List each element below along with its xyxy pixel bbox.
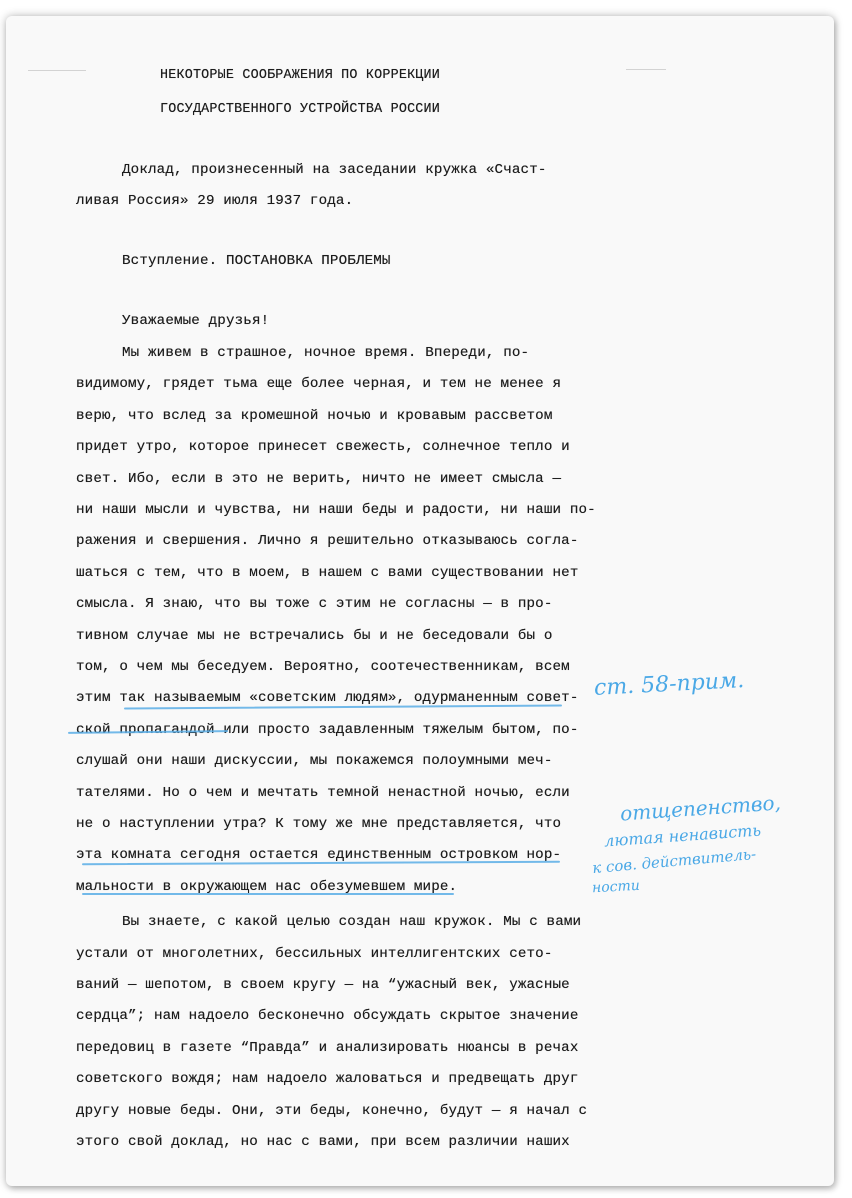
margin-note-line-3: к сов. действитель- (592, 847, 757, 876)
body-line: том, о чем мы беседуем. Вероятно, соотеч… (76, 660, 570, 674)
body-line: этим так называемым «советским людям», о… (76, 691, 579, 705)
body-line: видимому, грядет тьма еще более черная, … (76, 377, 561, 391)
body-line: шаться с тем, что в моем, в нашем с вами… (76, 566, 579, 580)
smudge-mark-right (626, 69, 666, 70)
body-line: Мы живем в страшное, ночное время. Впере… (122, 346, 529, 360)
subtitle-line-1: Доклад, произнесенный на заседании кружк… (122, 163, 547, 177)
typewritten-page: НЕКОТОРЫЕ СООБРАЖЕНИЯ ПО КОРРЕКЦИИ ГОСУД… (6, 16, 834, 1186)
body-line: этого свой доклад, но нас с вами, при вс… (76, 1135, 570, 1149)
body-line: слушай они наши дискуссии, мы покажемся … (76, 754, 553, 768)
margin-note-article-58: ст. 58-прим. (594, 670, 745, 700)
greeting: Уважаемые друзья! (122, 314, 269, 328)
body-line: свет. Ибо, если в это не верить, ничто н… (76, 472, 561, 486)
body-line: ни наши мысли и чувства, ни наши беды и … (76, 503, 596, 517)
body-line: не о наступлении утра? К тому же мне пре… (76, 817, 561, 831)
body-line: мальности в окружающем нас обезумевшем м… (76, 880, 457, 894)
subtitle-line-2: ливая Россия» 29 июля 1937 года. (76, 194, 353, 208)
body-line: советского вождя; нам надоело жаловаться… (76, 1072, 579, 1086)
body-line: верю, что вслед за кромешной ночью и кро… (76, 409, 553, 423)
body-line: смысла. Я знаю, что вы тоже с этим не со… (76, 597, 553, 611)
margin-note-line-4: ности (592, 879, 640, 895)
body-line: ваний — шепотом, в своем кругу — на “ужа… (76, 978, 570, 992)
body-line: передовиц в газете “Правда” и анализиров… (76, 1041, 579, 1055)
body-line: Вы знаете, с какой целью создан наш круж… (122, 915, 581, 929)
body-line: другу новые беды. Они, эти беды, конечно… (76, 1104, 587, 1118)
body-line: устали от многолетних, бессильных интелл… (76, 947, 553, 961)
document-title-line-2: ГОСУДАРСТВЕННОГО УСТРОЙСТВА РОССИИ (160, 103, 440, 116)
section-heading: Вступление. ПОСТАНОВКА ПРОБЛЕМЫ (122, 254, 391, 268)
body-line: тивном случае мы не встречались бы и не … (76, 629, 553, 643)
pen-underline-4 (82, 893, 454, 895)
margin-note-line-1: отщепенство, (619, 792, 781, 823)
body-line: тателями. Но о чем и мечтать темной нена… (76, 786, 570, 800)
body-line: ражения и свершения. Лично я решительно … (76, 534, 579, 548)
body-line: придет утро, которое принесет свежесть, … (76, 440, 570, 454)
body-line: ской пропагандой или просто задавленным … (76, 723, 579, 737)
document-title-line-1: НЕКОТОРЫЕ СООБРАЖЕНИЯ ПО КОРРЕКЦИИ (160, 69, 440, 82)
body-line: сердца”; нам надоело бесконечно обсуждат… (76, 1009, 579, 1023)
smudge-mark-left (28, 70, 86, 71)
